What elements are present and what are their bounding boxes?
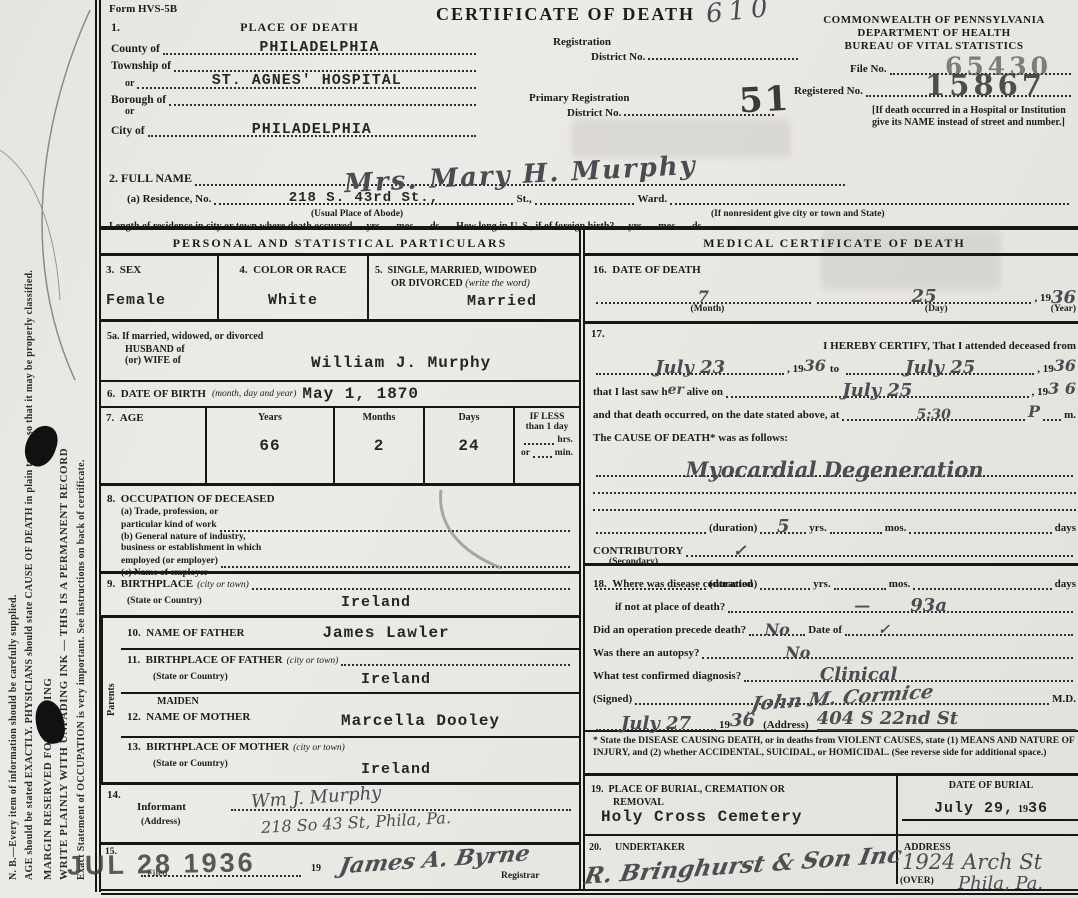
where-contracted-label-2: if not at place of death?: [593, 601, 725, 613]
registration-label-1: Registration: [553, 36, 798, 48]
duration2-yrs-label: yrs.: [813, 578, 830, 590]
birthplace-note-2: (State or Country): [107, 596, 202, 606]
filed-dotted-line: [141, 875, 301, 877]
duration2-label: (duration): [709, 578, 757, 590]
dod-year-label: (Year): [1051, 304, 1076, 314]
sex-label: SEX: [120, 264, 141, 276]
operation-value: No: [765, 620, 790, 639]
burial-label-2: REMOVAL: [591, 797, 890, 808]
father-birthplace-label: BIRTHPLACE OF FATHER: [146, 654, 283, 666]
sex-race-marital-row: 3. SEX Female 4. COLOR OR RACE White 5. …: [101, 256, 579, 322]
race-cell: 4. COLOR OR RACE White: [219, 256, 369, 319]
county-value: PHILADELPHIA: [259, 39, 379, 56]
occupation-label: OCCUPATION OF DECEASED: [121, 493, 275, 505]
occ-b2: business or establishment in which: [121, 543, 261, 555]
street-label: St.,: [516, 193, 531, 205]
dod-label: DATE OF DEATH: [612, 264, 700, 276]
burial-label-1: PLACE OF BURIAL, CREMATION OR: [609, 784, 785, 795]
date-of-label: Date of: [808, 624, 842, 636]
contributory-mark: ✓: [733, 541, 746, 560]
certificate-form: Form HVS-5B CERTIFICATE OF DEATH 610 COM…: [95, 0, 1078, 892]
informant-address-label: (Address): [141, 817, 180, 827]
from-year-prefix: , 19: [787, 363, 804, 375]
personal-particulars-column: PERSONAL AND STATISTICAL PARTICULARS 3. …: [101, 230, 579, 889]
abode-note: (Usual Place of Abode): [311, 209, 403, 219]
place-of-death-title: PLACE OF DEATH: [120, 20, 479, 35]
sex-cell: 3. SEX Female: [101, 256, 219, 319]
dob-note: (month, day and year): [212, 389, 296, 399]
informant-address-value: 218 So 43 St, Phila, Pa.: [261, 808, 452, 837]
duration-days-label: days: [1055, 522, 1076, 534]
borough-label: Borough of: [111, 94, 166, 106]
informant-label: Informant: [137, 801, 186, 813]
binding-margin: N. B.—Every item of information should b…: [0, 0, 95, 898]
disease-questions-row: 18. Where was disease contracted if not …: [585, 566, 1078, 732]
residence-value: 218 S. 43rd St.,: [289, 190, 439, 206]
marital-label-2: OR DIVORCED: [391, 278, 463, 289]
personal-section-title: PERSONAL AND STATISTICAL PARTICULARS: [101, 230, 579, 256]
duration2-mos-label: mos.: [889, 578, 911, 590]
certificate-columns: PERSONAL AND STATISTICAL PARTICULARS 3. …: [101, 226, 1078, 895]
burial-year-value: 36: [1028, 800, 1048, 817]
father-name-row: 10. NAME OF FATHER James Lawler: [121, 618, 579, 650]
age-row: 7. AGE Years 66 Months 2 Days 24 IF LE: [101, 408, 579, 486]
duration-mos-label: mos.: [885, 522, 907, 534]
item-2-number: 2.: [109, 171, 118, 186]
hrs-label: hrs.: [557, 435, 573, 445]
informant-row: 14. Informant (Address) Wm J. Murphy 218…: [101, 785, 579, 845]
full-name-row: 2. FULL NAME Mrs. Mary H. Murphy: [109, 160, 848, 186]
marital-cell: 5. SINGLE, MARRIED, WIDOWED OR DIVORCED …: [369, 256, 579, 319]
medical-section-title: MEDICAL CERTIFICATE OF DEATH: [585, 230, 1078, 256]
undertaker-row: 20. UNDERTAKER R. Bringhurst & Son Inc A…: [585, 836, 1078, 884]
attended-to-year: 36: [1054, 356, 1076, 375]
medical-certificate-column: MEDICAL CERTIFICATE OF DEATH 16. DATE OF…: [579, 230, 1078, 889]
occ-b3: employed (or employer): [121, 556, 218, 568]
hospital-note: [If death occurred in a Hospital or Inst…: [872, 105, 1072, 128]
attended-to-date: July 25: [905, 357, 975, 378]
filed-row: 15. Filed JUL 28 1936 19 James A. Byrne …: [101, 845, 579, 889]
months-header: Months: [335, 412, 423, 423]
handwritten-610: 610: [705, 0, 775, 29]
margin-write-plainly: WRITE PLAINLY WITH UNFADING INK — THIS I…: [58, 70, 70, 880]
duration-years-value: 5: [777, 516, 790, 537]
blank-dotted-line: [593, 494, 1076, 511]
township-value: ST. AGNES' HOSPITAL: [212, 72, 402, 89]
md-label: M.D.: [1052, 693, 1076, 705]
item-10-number: 10.: [127, 627, 141, 639]
department-line: DEPARTMENT OF HEALTH: [794, 27, 1074, 40]
autopsy-line: Was there an autopsy? No: [593, 639, 1076, 659]
margin-binding-heading: MARGIN RESERVED FOR BINDING: [42, 70, 54, 880]
cause-of-death-label: The CAUSE OF DEATH* was as follows:: [593, 432, 788, 444]
file-no-label: File No.: [850, 63, 887, 75]
undertaker-cell: 20. UNDERTAKER R. Bringhurst & Son Inc: [585, 836, 898, 884]
father-label: NAME OF FATHER: [146, 627, 244, 639]
date-of-birth-row: 6. DATE OF BIRTH (month, day and year) M…: [101, 382, 579, 408]
or-min-label: or: [521, 448, 530, 458]
where-contracted-mark: —: [854, 596, 870, 615]
lastsaw-year: 3 6: [1048, 379, 1076, 398]
to-label: to: [830, 363, 839, 375]
item-20-number: 20.: [589, 842, 602, 853]
item-3-number: 3.: [106, 264, 114, 276]
registered-no-stamp: 15867: [925, 68, 1046, 102]
primary-district-stamp: 51: [738, 79, 791, 122]
operation-label: Did an operation precede death?: [593, 624, 746, 636]
item-14-number: 14.: [107, 789, 121, 801]
item-19-number: 19.: [591, 784, 604, 795]
occ-a1: (a) Trade, profession, or: [121, 507, 218, 519]
form-number: Form HVS-5B: [109, 3, 177, 15]
item-17-number: 17.: [591, 328, 605, 340]
operation-line: Did an operation precede death? No Date …: [593, 616, 1076, 636]
item-11-number: 11.: [127, 654, 140, 666]
registration-district: Registration District No.: [553, 36, 798, 63]
marital-value: Married: [375, 293, 573, 310]
filed-year-prefix: 19: [311, 863, 321, 874]
birthplace-row: 9. BIRTHPLACE (city or town) (State or C…: [101, 574, 579, 618]
time-of-death: 5:30: [917, 407, 951, 423]
dod-year-prefix: , 19: [1034, 292, 1051, 304]
min-label: min.: [555, 448, 573, 458]
burial-row: 19. PLACE OF BURIAL, CREMATION OR REMOVA…: [585, 776, 1078, 836]
certification-row: 17. I HEREBY CERTIFY, That I attended de…: [585, 324, 1078, 566]
burial-place-value: Holy Cross Cemetery: [601, 808, 802, 826]
item-5a-number: 5a.: [107, 331, 120, 342]
item-7-number: 7.: [106, 412, 114, 424]
occ-b1: (b) General nature of industry,: [121, 532, 246, 544]
birthplace-label: BIRTHPLACE: [121, 578, 193, 590]
husband-label-1: If married, widowed, or divorced: [122, 331, 263, 342]
dod-month-label: (Month): [593, 304, 822, 314]
age-years-cell: Years 66: [207, 408, 335, 483]
attended-from-date: July 23: [655, 357, 725, 378]
undertaker-address-value: 1924 Arch St: [902, 850, 1042, 874]
lastsaw-year-prefix: , 19: [1032, 386, 1049, 398]
nonresident-note: (If nonresident give city or town and St…: [711, 209, 885, 219]
duration2-days-label: days: [1055, 578, 1076, 590]
mother-birthplace-note-2: (State or Country): [127, 759, 228, 769]
city-value: PHILADELPHIA: [252, 121, 372, 138]
age-years-value: 66: [207, 437, 333, 455]
duration-label: (duration): [709, 522, 757, 534]
age-months-value: 2: [335, 437, 423, 455]
marital-label-1: SINGLE, MARRIED, WIDOWED: [388, 265, 537, 276]
registration-label-2: District No.: [591, 51, 645, 63]
maiden-label: MAIDEN: [127, 696, 573, 707]
date-of-burial-cell: DATE OF BURIAL July 29, 1936: [898, 776, 1078, 834]
ifless-label-2: than 1 day: [521, 422, 573, 432]
mother-birthplace-row: 13. BIRTHPLACE OF MOTHER (city or town) …: [121, 738, 579, 782]
certify-bold: I HEREBY CERTIFY,: [823, 340, 930, 352]
signed-label: (Signed): [593, 693, 632, 705]
margin-note-nb1: N. B.—Every item of information should b…: [8, 70, 19, 880]
attended-from-line: July 23 , 19 36 to July 25 , 19 36: [593, 355, 1076, 375]
burial-year-prefix: 19: [1018, 804, 1028, 815]
item-4-number: 4.: [239, 264, 247, 276]
undertaker-address-value-2: Phila, Pa.: [958, 873, 1043, 894]
date-of-burial-label: DATE OF BURIAL: [902, 780, 1078, 791]
race-label: COLOR OR RACE: [253, 264, 347, 276]
item-6-number: 6.: [107, 388, 115, 400]
residence-row: (a) Residence, No. 218 S. 43rd St., St.,…: [127, 190, 1072, 205]
registration-district-line: [648, 48, 798, 60]
autopsy-value: No: [785, 643, 810, 662]
mother-name-row: MAIDEN 12. NAME OF MOTHER Marcella Doole…: [121, 694, 579, 738]
borough-or-row: or: [111, 106, 479, 117]
test-line: What test confirmed diagnosis? Clinical: [593, 662, 1076, 682]
dob-label: DATE OF BIRTH: [121, 388, 206, 400]
commonwealth-block: COMMONWEALTH OF PENNSYLVANIA DEPARTMENT …: [794, 14, 1074, 128]
death-occurred-line: and that death occurred, on the date sta…: [593, 401, 1076, 421]
dod-day-label: (Day): [822, 304, 1051, 314]
ward-label: Ward.: [637, 193, 667, 205]
father-value: James Lawler: [322, 624, 449, 642]
duration2-line: (duration) yrs. mos. days: [593, 570, 1076, 590]
am-pm: P: [1028, 402, 1040, 421]
years-header: Years: [207, 412, 333, 423]
item-1-number: 1.: [111, 20, 120, 35]
last-saw-line: that I last saw h er alive on July 25 , …: [593, 378, 1076, 398]
township-label: Township of: [111, 60, 171, 72]
where-contracted-value: 93a: [910, 595, 947, 616]
mother-label: NAME OF MOTHER: [146, 711, 250, 723]
item-13-number: 13.: [127, 741, 141, 753]
undertaker-address-cell: ADDRESS 1924 Arch St (OVER) Phila, Pa.: [898, 836, 1078, 884]
age-label-cell: 7. AGE: [101, 408, 207, 483]
cause-of-death-value: Myocardial Degeneration: [685, 457, 983, 482]
lastsaw-her: er: [668, 382, 684, 398]
ifless-label-1: IF LESS: [521, 412, 573, 422]
father-birthplace-note-2: (State or Country): [127, 672, 228, 682]
date-of-death-row: 16. DATE OF DEATH 7 25 , 19 36 (Month) (…: [585, 256, 1078, 324]
commonwealth-line: COMMONWEALTH OF PENNSYLVANIA: [794, 14, 1074, 27]
duration-line: (duration) 5 yrs. mos. days: [593, 514, 1076, 534]
county-row: County of PHILADELPHIA: [111, 39, 479, 55]
death-certificate-scan: N. B.—Every item of information should b…: [0, 0, 1078, 898]
autopsy-label: Was there an autopsy?: [593, 647, 699, 659]
date-of-mark: ✓: [878, 622, 890, 638]
days-header: Days: [425, 412, 513, 423]
sign-date-line: July 27 19 36 (Address) 404 S 22nd St: [593, 708, 1076, 731]
item-8-number: 8.: [107, 493, 115, 505]
or-label: or: [125, 78, 134, 89]
margin-note-nb2: AGE should be stated EXACTLY. PHYSICIANS…: [24, 70, 35, 880]
race-value: White: [224, 292, 362, 309]
registrar-label: Registrar: [501, 871, 540, 881]
primary-registration-district: Primary Registration District No. 51: [529, 92, 774, 119]
duration-yrs-label: yrs.: [809, 522, 826, 534]
father-birthplace-note: (city or town): [287, 656, 339, 666]
burial-date-value: July 29,: [934, 800, 1014, 817]
registered-no-row: Registered No. 15867: [794, 84, 1074, 97]
physician-address-label: (Address): [763, 719, 809, 731]
full-name-label: FULL NAME: [121, 171, 192, 186]
age-days-cell: Days 24: [425, 408, 515, 483]
item-12-number: 12.: [127, 711, 141, 723]
signed-line: (Signed) John M. Cormice M.D.: [593, 685, 1076, 705]
occupation-row: 8. OCCUPATION OF DECEASED (a) Trade, pro…: [101, 486, 579, 574]
item-9-number: 9.: [107, 578, 115, 590]
m-label: m.: [1064, 409, 1076, 421]
father-birthplace-row: 11. BIRTHPLACE OF FATHER (city or town) …: [121, 650, 579, 694]
occ-a2: particular kind of work: [121, 520, 217, 532]
age-label: AGE: [120, 412, 144, 424]
margin-note-nb3: Exact Statement of OCCUPATION is very im…: [76, 70, 87, 880]
husband-value: William J. Murphy: [311, 354, 491, 372]
attended-from-year: 36: [804, 356, 826, 375]
contributory-label: CONTRIBUTORY: [593, 545, 683, 557]
certify-rest: That I attended deceased from: [933, 340, 1076, 352]
residence-label: (a) Residence, No.: [127, 193, 211, 205]
lastsaw-date: July 25: [842, 380, 912, 401]
dob-value: May 1, 1870: [302, 385, 419, 403]
birthplace-note: (city or town): [197, 580, 249, 590]
cause-footnote: * State the DISEASE CAUSING DEATH, or in…: [585, 732, 1078, 776]
borough-row: Borough of: [111, 93, 479, 106]
township-or-row: or ST. AGNES' HOSPITAL: [111, 72, 479, 89]
occurred-label: and that death occurred, on the date sta…: [593, 409, 839, 421]
husband-row: 5a. If married, widowed, or divorced HUS…: [101, 322, 579, 382]
physician-address-value: 404 S 22nd St: [817, 708, 1076, 731]
mother-birthplace-note: (city or town): [293, 743, 345, 753]
mother-birthplace-value: Ireland: [361, 761, 431, 778]
mother-birthplace-label: BIRTHPLACE OF MOTHER: [146, 741, 289, 753]
registered-no-label: Registered No.: [794, 85, 863, 97]
primary-label-1: Primary Registration: [529, 92, 774, 104]
mother-value: Marcella Dooley: [341, 712, 500, 730]
sex-value: Female: [106, 292, 212, 309]
undertaker-label: UNDERTAKER: [615, 842, 685, 853]
sign-date-value: July 27: [621, 713, 691, 734]
age-days-value: 24: [425, 437, 513, 455]
city-row: City of PHILADELPHIA: [111, 121, 479, 137]
parents-vertical-label: Parents: [101, 618, 121, 782]
item-5-number: 5.: [375, 265, 383, 276]
lastsaw-post: alive on: [687, 386, 723, 398]
if-less-cell: IF LESS than 1 day hrs. ormin.: [515, 408, 579, 483]
place-of-burial-cell: 19. PLACE OF BURIAL, CREMATION OR REMOVA…: [585, 776, 898, 834]
county-label: County of: [111, 43, 160, 55]
age-months-cell: Months 2: [335, 408, 425, 483]
birthplace-value: Ireland: [341, 594, 411, 611]
or-label2: or: [125, 106, 134, 117]
secondary-note: (Secondary): [593, 557, 1076, 567]
lastsaw-pre: that I last saw h: [593, 386, 668, 398]
sign-year-prefix: 19: [719, 719, 730, 731]
parents-section: Parents 10. NAME OF FATHER James Lawler …: [101, 618, 579, 785]
to-year-prefix: , 19: [1037, 363, 1054, 375]
contributory-line: CONTRIBUTORY ✓: [593, 537, 1076, 557]
item-16-number: 16.: [593, 264, 607, 276]
form-header: Form HVS-5B CERTIFICATE OF DEATH 610 COM…: [101, 0, 1078, 226]
father-birthplace-value: Ireland: [361, 671, 431, 688]
place-of-death-block: 1. PLACE OF DEATH County of PHILADELPHIA…: [111, 20, 479, 137]
over-label: (OVER): [900, 876, 934, 886]
primary-label-2: District No.: [567, 107, 621, 119]
marital-note: (write the word): [465, 278, 530, 289]
township-row: Township of: [111, 59, 479, 72]
city-label: City of: [111, 125, 145, 137]
test-value: Clinical: [820, 664, 897, 685]
test-label: What test confirmed diagnosis?: [593, 670, 741, 682]
